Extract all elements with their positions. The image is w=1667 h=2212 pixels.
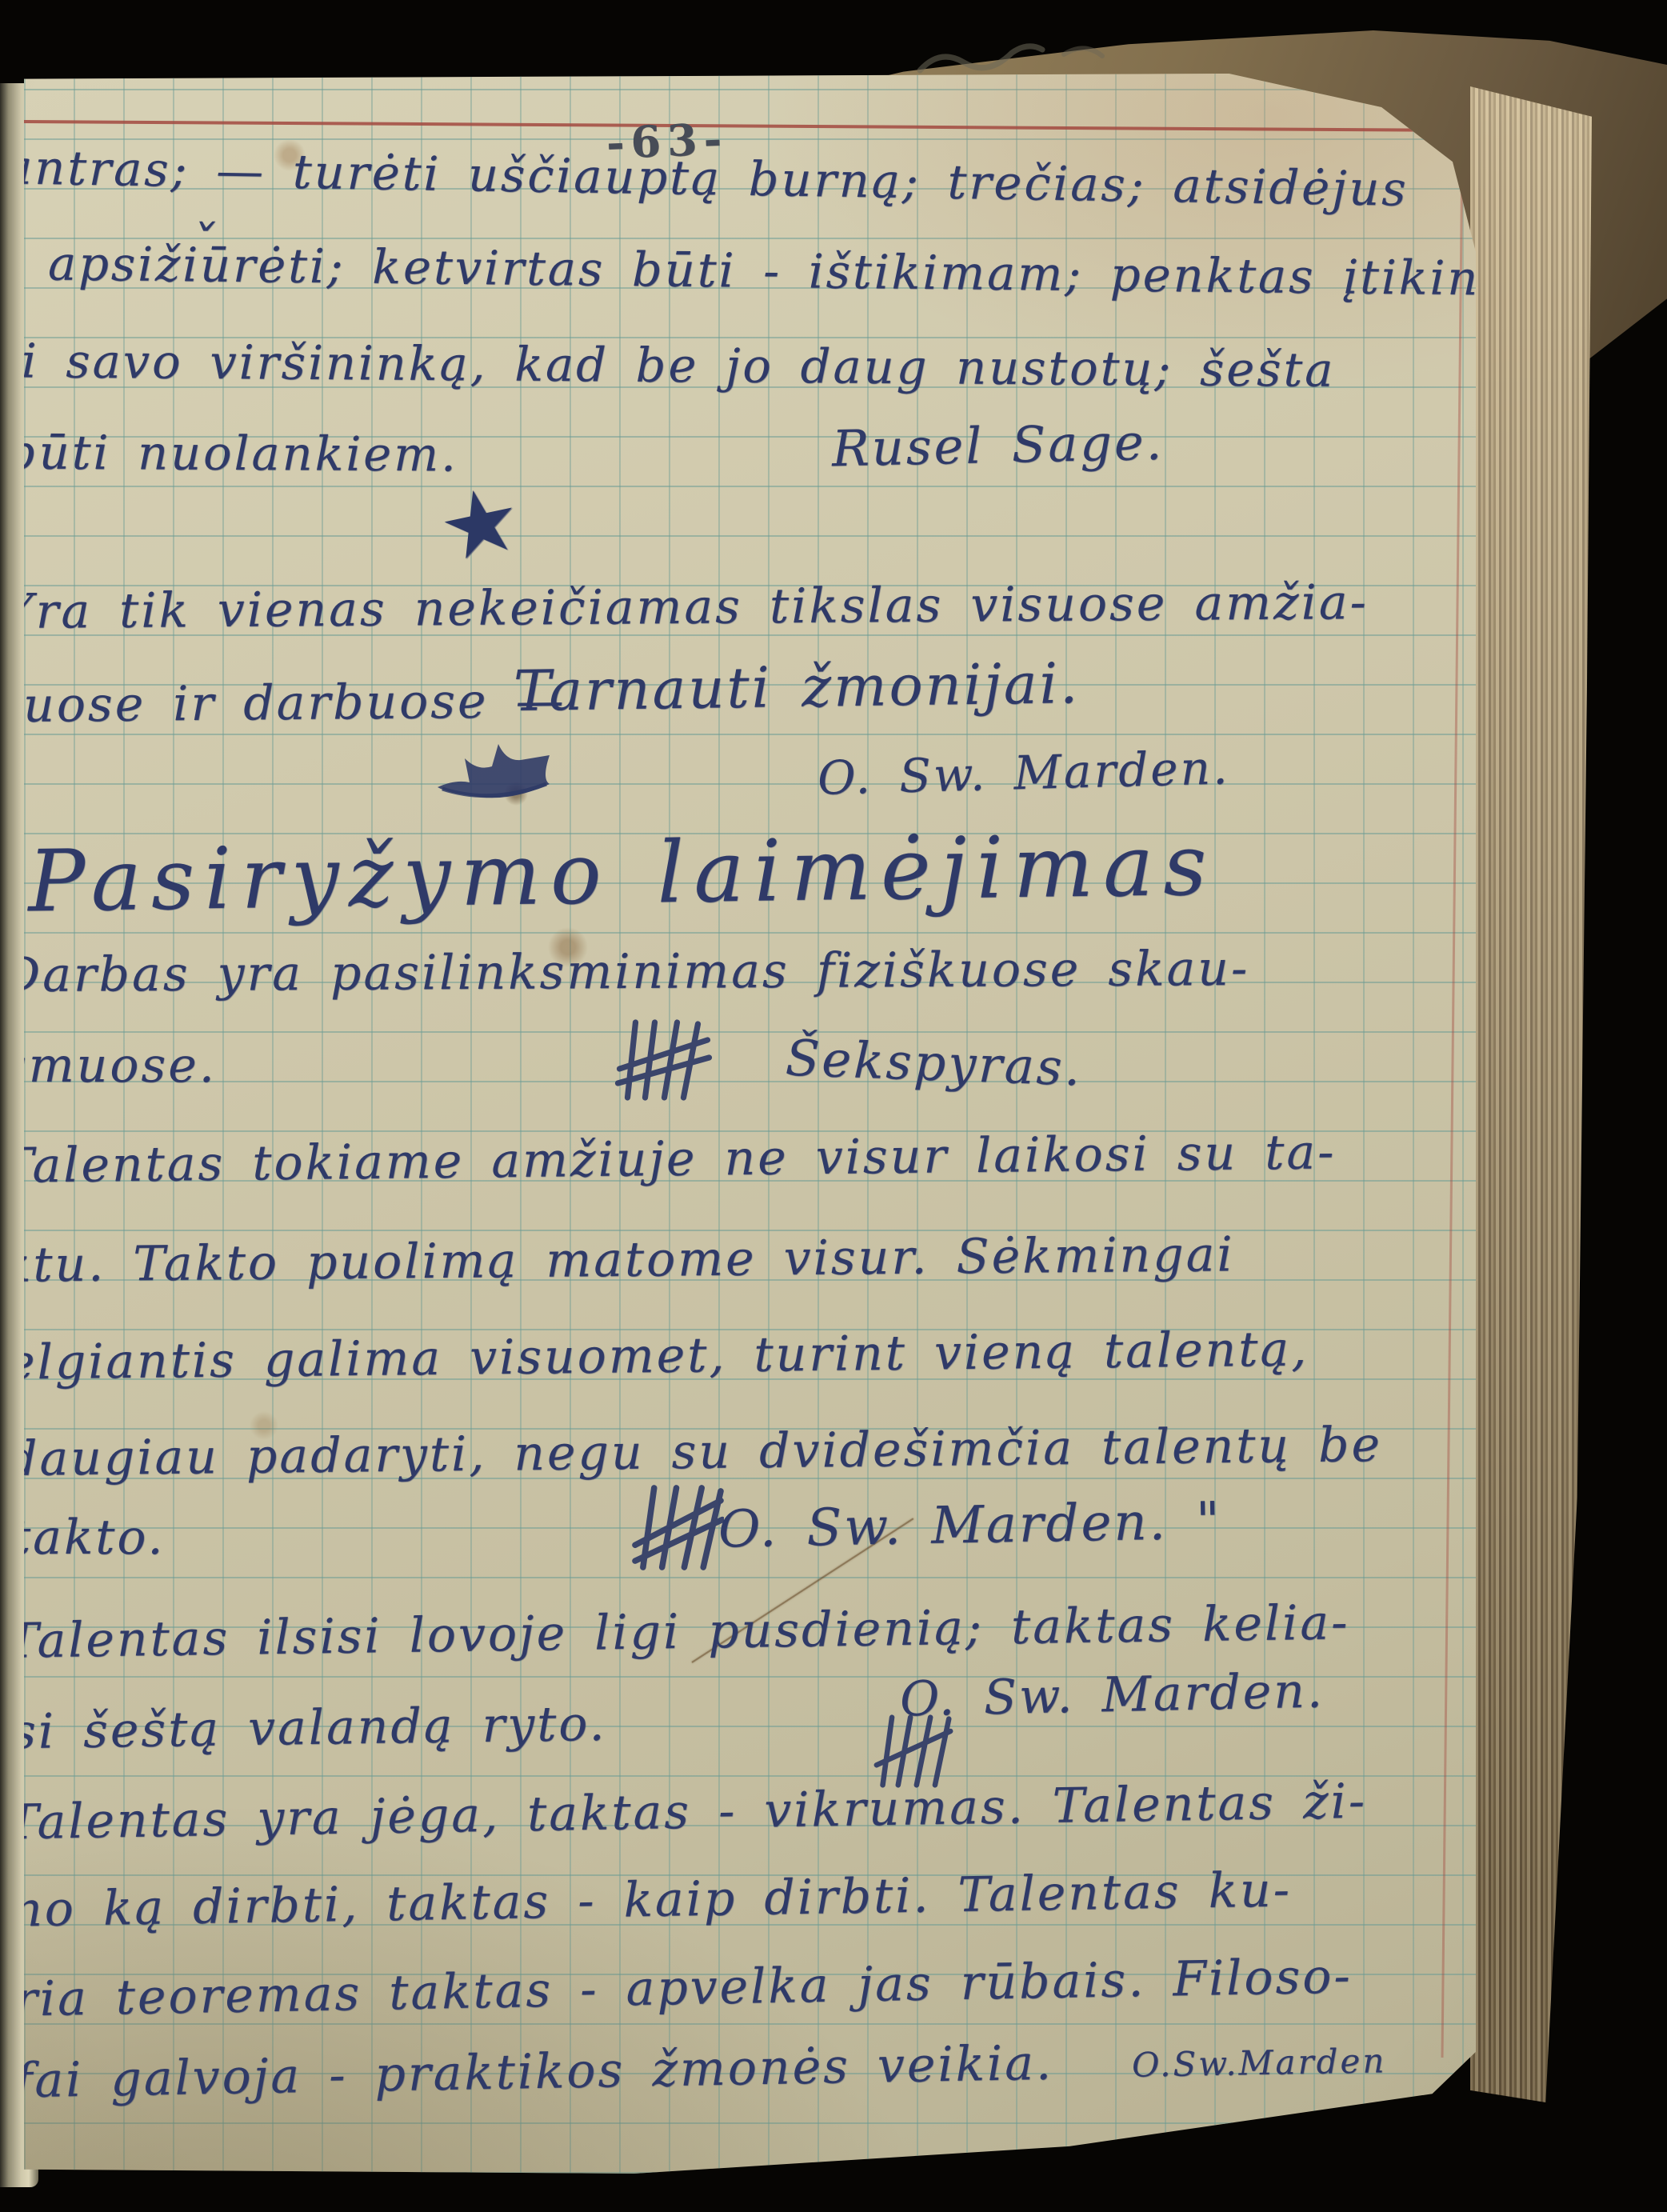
handwritten-line: no ką dirbti, taktas - kaip dirbti. Tale… <box>11 1862 1293 1938</box>
signature-marden: O. Sw. Marden. <box>899 1662 1325 1727</box>
signature-rusel-sage: Rusel Sage. <box>831 413 1165 478</box>
handwritten-line: fai galvoja - praktikos žmonės veikia. <box>14 2035 1053 2110</box>
tally-marks <box>614 1016 714 1104</box>
red-margin-rule-right <box>1441 146 1463 2058</box>
handwritten-line: si šeštą valandą ryto. <box>11 1696 607 1760</box>
handwritten-line: takto. <box>11 1510 166 1566</box>
signature-marden-small: O.Sw.Marden <box>1132 2041 1387 2085</box>
book-fore-edge-pages <box>1470 86 1592 2102</box>
tally-marks <box>873 1712 953 1790</box>
boat-doodle <box>428 738 568 818</box>
signature-marden: O. Sw. Marden. " <box>718 1492 1222 1560</box>
handwritten-line: Talentas ilsisi lovoje ligi pusdienią; t… <box>6 1594 1350 1669</box>
handwritten-line: Talentas yra jėga, taktas - vikrumas. Ta… <box>6 1774 1368 1851</box>
handwritten-line: Yra tik vienas nekeičiamas tikslas visuo… <box>2 574 1369 640</box>
signature-marden: O. Sw. Marden. <box>817 740 1230 805</box>
red-margin-rule-top <box>24 120 1464 132</box>
notebook-page: -63- ˇ antras; — turėti uščiauptą burną;… <box>24 74 1476 2174</box>
handwritten-line: ktu. Takto puolimą matome visur. Sėkming… <box>2 1226 1235 1293</box>
handwritten-line: Tarnauti žmonijai. <box>513 650 1080 724</box>
tally-marks <box>632 1482 724 1574</box>
notebook-scan: -63- ˇ antras; — turėti uščiauptą burną;… <box>0 0 1667 2212</box>
handwritten-line: ti savo viršininką, kad be jo daug nusto… <box>0 333 1336 398</box>
handwritten-line: apsižiūrėti; ketvirtas būti - ištikimam;… <box>48 236 1499 306</box>
handwritten-line: daugiau padaryti, negu su dvidešimčia ta… <box>6 1417 1383 1487</box>
star-doodle: ★ <box>430 465 530 583</box>
handwritten-line: Talentas tokiame amžiuje ne visur laikos… <box>2 1124 1337 1194</box>
section-heading: Pasiryžymo laimėjimas <box>27 816 1217 931</box>
pencil-scribble <box>912 30 1152 86</box>
handwritten-line: būti nuolankiem. <box>6 425 458 482</box>
handwritten-line: antras; — turėti uščiauptą burną; trečia… <box>4 139 1409 217</box>
handwritten-line: Darbas yra pasilinksminimas fiziškuose s… <box>2 941 1249 1003</box>
handwritten-line: tuose ir darbuose — <box>2 673 566 734</box>
signature-shakespeare: Šekspyras. <box>785 1029 1084 1098</box>
handwritten-line: smuose. <box>2 1038 217 1094</box>
handwritten-line: ria teoremas taktas - apvelka jas rūbais… <box>14 1948 1353 2027</box>
handwritten-line: elgiantis galima visuomet, turint vieną … <box>6 1321 1309 1390</box>
